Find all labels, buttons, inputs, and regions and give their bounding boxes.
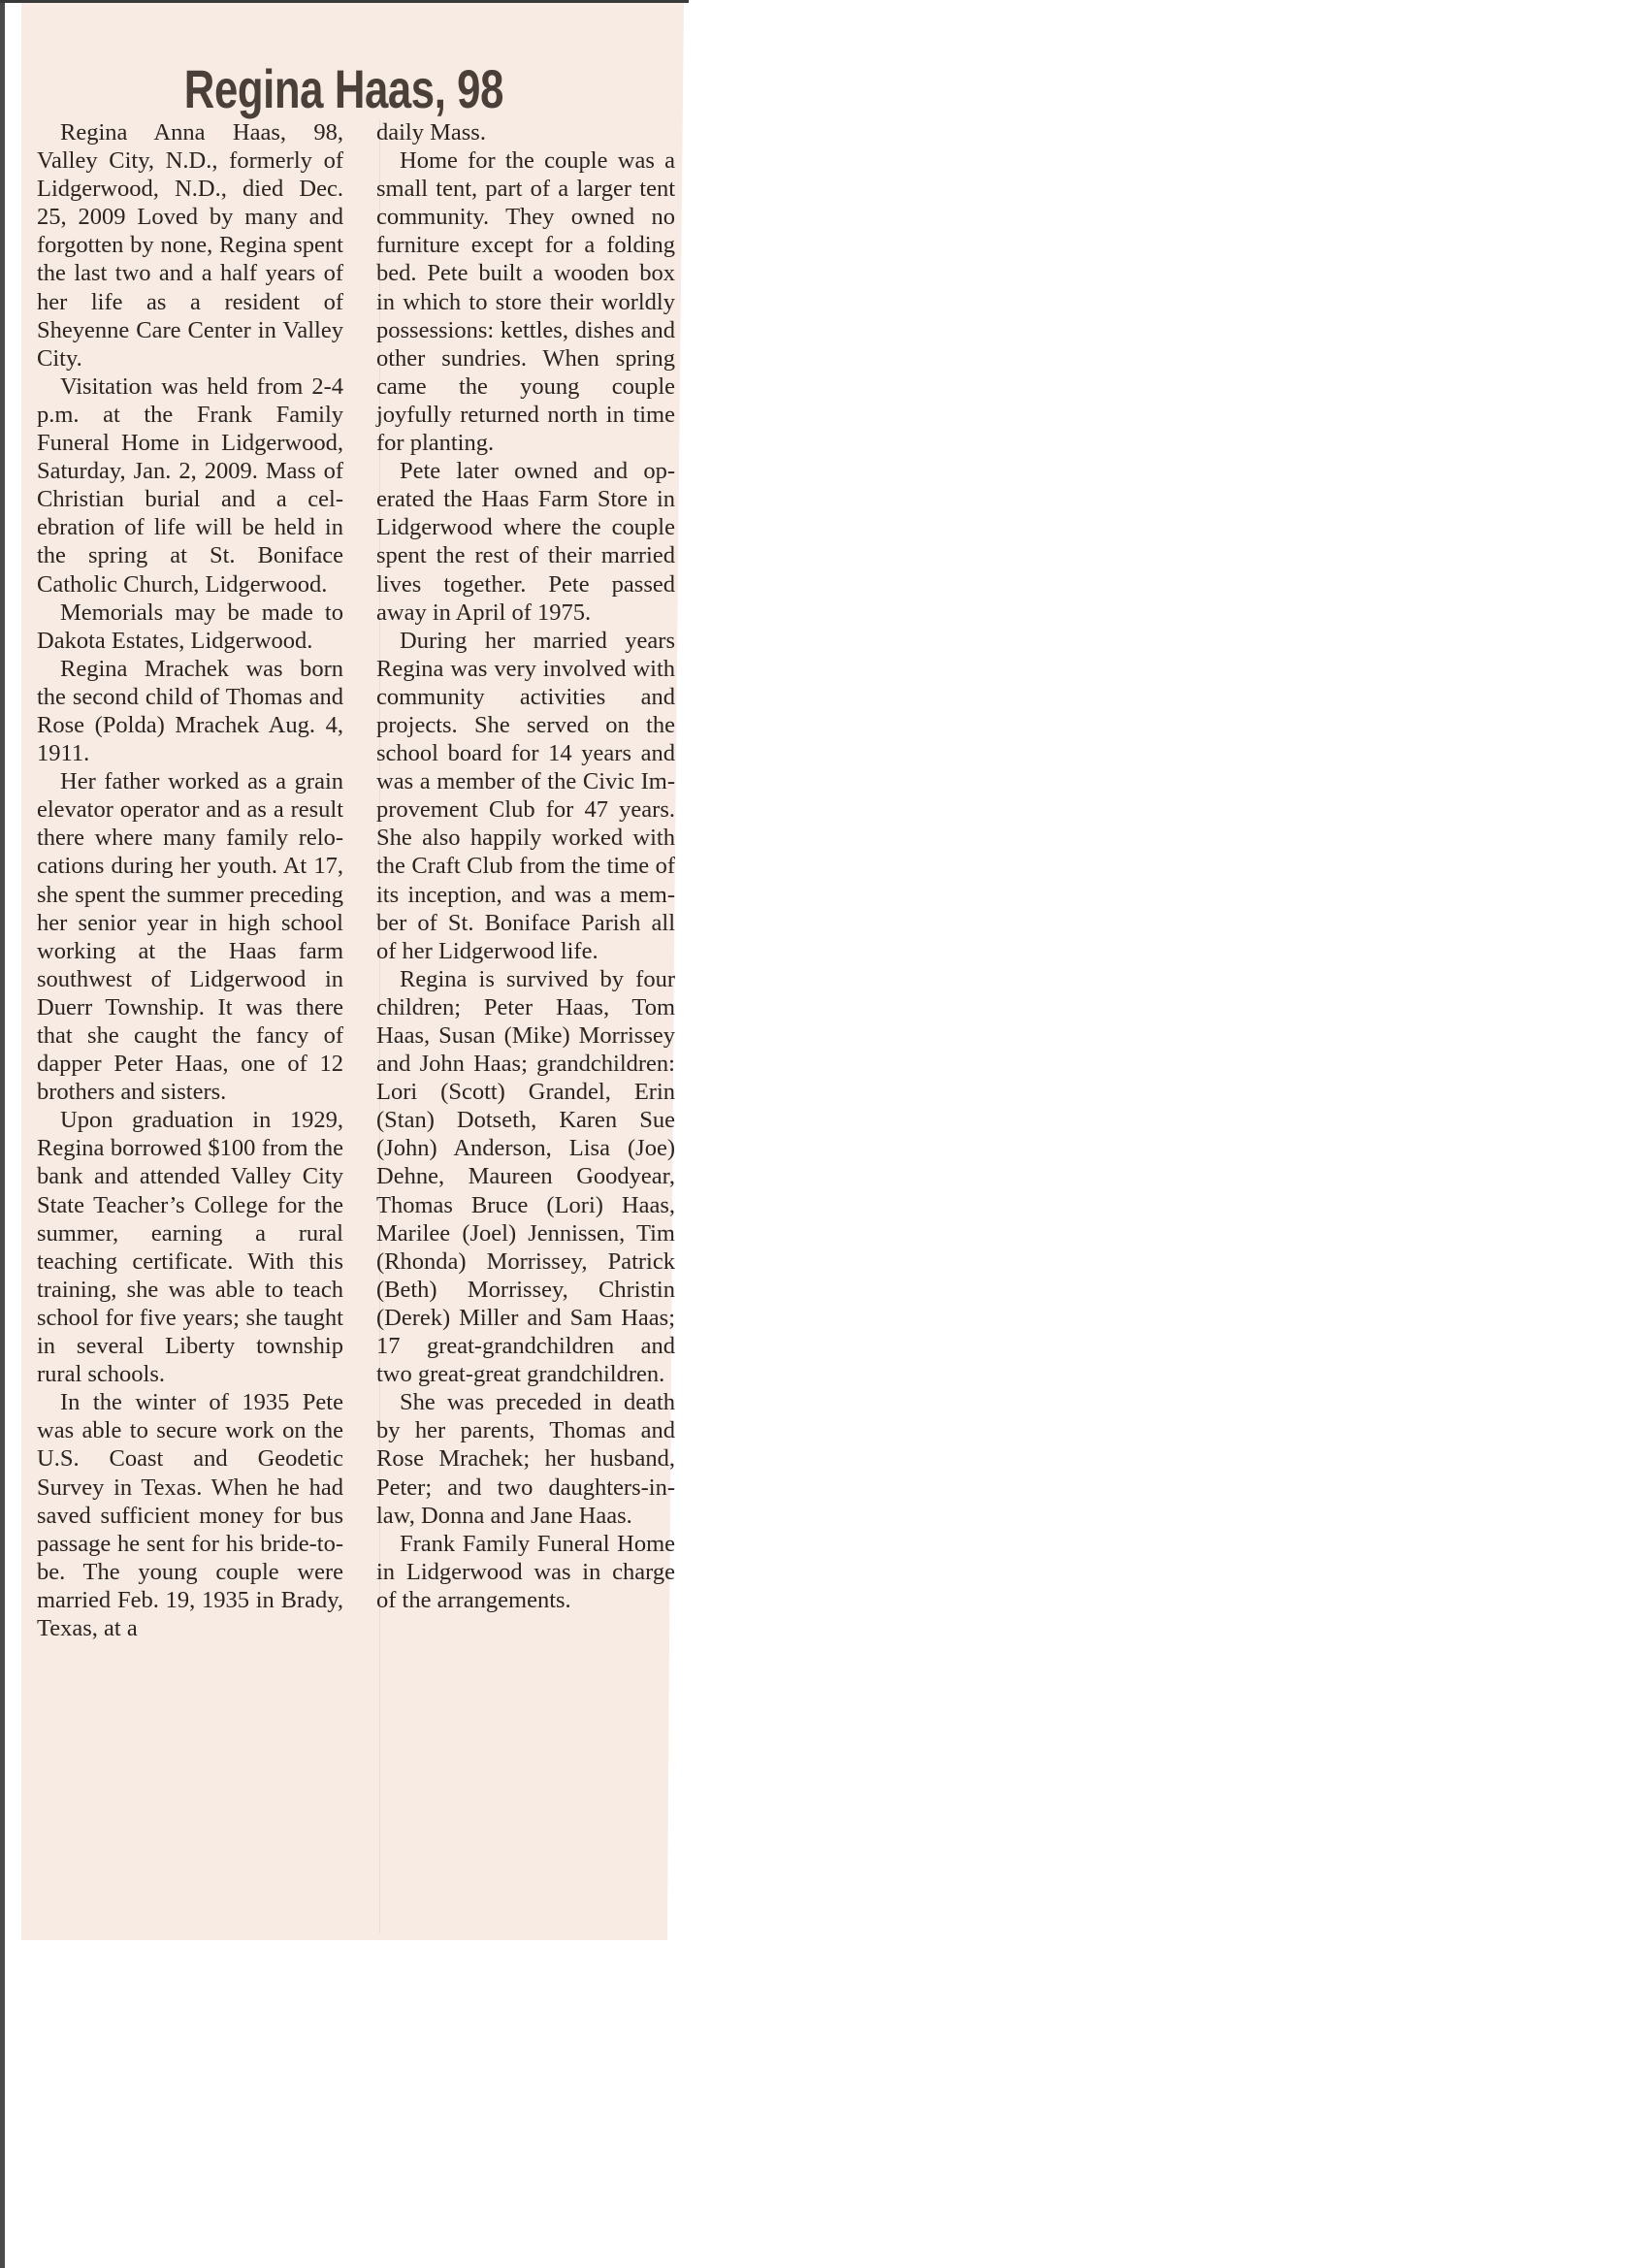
- column-left: Regina Anna Haas, 98, Valley City, N.D.,…: [37, 118, 343, 1642]
- paragraph-marriage: In the winter of 1935 Pe­te was able to …: [37, 1388, 343, 1642]
- paragraph-visitation: Visitation was held from 2-4 p.m. at the…: [37, 373, 343, 599]
- paragraph-preceded: She was preceded in death by her parents…: [376, 1388, 675, 1529]
- paragraph-birth: Regina Mrachek was born the second child…: [37, 655, 343, 767]
- paragraph-memorials: Memorials may be made to Dakota Estates,…: [37, 599, 343, 655]
- paragraph-survivors: Regina is survived by four children; Pet…: [376, 965, 675, 1388]
- paragraph-tent-home: Home for the couple was a small tent, pa…: [376, 146, 675, 457]
- paragraph-intro: Regina Anna Haas, 98, Valley City, N.D.,…: [37, 118, 343, 373]
- paragraph-community: During her married years Regina was very…: [376, 627, 675, 965]
- scanner-edge-left: [0, 0, 5, 2268]
- column-right: daily Mass. Home for the couple was a sm…: [376, 118, 675, 1614]
- paragraph-marriage-continued: daily Mass.: [376, 118, 675, 146]
- paragraph-arrangements: Frank Family Funeral Home in Lidgerwood …: [376, 1530, 675, 1614]
- obituary-headline: Regina Haas, 98: [79, 58, 608, 120]
- scanner-edge-top: [0, 0, 689, 3]
- paragraph-farm-store: Pete later owned and op­erated the Haas …: [376, 457, 675, 627]
- paragraph-education: Upon graduation in 1929, Regina borrowed…: [37, 1106, 343, 1388]
- paragraph-youth: Her father worked as a grain elevator op…: [37, 767, 343, 1106]
